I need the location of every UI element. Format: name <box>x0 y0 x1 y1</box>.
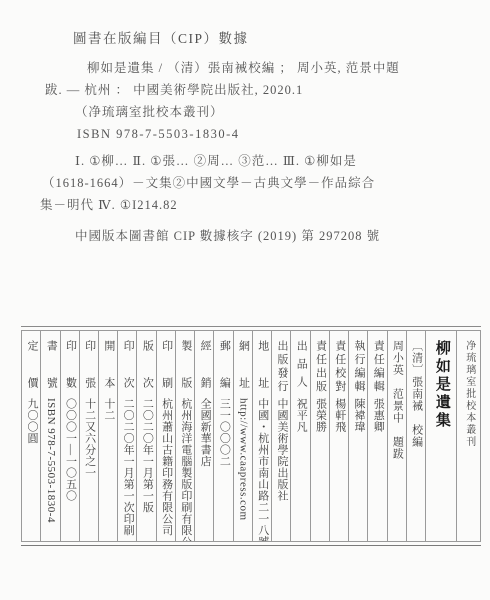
print-run-label: 印數 <box>64 340 76 398</box>
colophon-col-format: 開本十二 <box>98 331 117 541</box>
colophon-col-sheets: 印張十二又六分之一 <box>79 331 98 541</box>
colophon-col-website: 網址http://www.caapress.com <box>233 331 252 541</box>
colophon-col-publisher: 出版發行中國美術學院出版社 <box>271 331 290 541</box>
colophon-col-price: 定價九〇〇圓 <box>21 331 40 541</box>
format-label: 開本 <box>102 340 114 398</box>
impression-label: 印次 <box>122 340 134 398</box>
inscribers-text: 周小英 范景中 題跋 <box>391 340 403 541</box>
colophon-col-printing: 印刷杭州蕭山古籍印務有限公司 <box>156 331 175 541</box>
copyright-page: { "cip": { "header": "圖書在版編目（CIP）數據", "r… <box>0 0 490 600</box>
printing-label: 印刷 <box>160 340 172 398</box>
publisher-value: 中國美術學院出版社 <box>276 398 288 502</box>
edition-value: 二〇二〇年一月第一版 <box>141 398 153 513</box>
colophon-col-edition: 版次二〇二〇年一月第一版 <box>136 331 155 541</box>
cip-isbn: ISBN 978-7-5503-1830-4 <box>40 123 440 145</box>
cip-subject-block: Ⅰ. ①柳… Ⅱ. ①張… ②周… ③范… Ⅲ. ①柳如是 （1618-1664… <box>40 150 450 216</box>
colophon-col-compiler: 〔清〕張南裓 校編 <box>406 331 425 541</box>
price-value: 九〇〇圓 <box>26 398 38 444</box>
colophon-col-title: 柳如是遺集 <box>425 331 456 541</box>
colophon-col-responsible-editor: 責任編輯張惠卿 <box>367 331 386 541</box>
book-number-value: ISBN 978-7-5503-1830-4 <box>45 398 57 523</box>
colophon-col-inscribers: 周小英 范景中 題跋 <box>387 331 406 541</box>
postcode-value: 三一〇〇〇二 <box>218 398 230 467</box>
colophon-col-impression: 印次二〇二〇年一月第一次印刷 <box>117 331 136 541</box>
cip-subject-line: （1618-1664）－文集②中國文學－古典文學－作品綜合 <box>40 172 450 194</box>
sheets-value: 十二又六分之一 <box>84 398 96 479</box>
responsible-editor-value: 張惠卿 <box>372 398 384 433</box>
print-run-value: 〇〇〇一—一〇五〇 <box>64 398 76 502</box>
production-editor-label: 責任出版 <box>314 340 326 398</box>
edition-label: 版次 <box>141 340 153 398</box>
proofreader-value: 楊軒飛 <box>334 398 346 433</box>
cip-record-line: 柳如是遺集 / （清）張南裓校編 ； 周小英, 范景中題 <box>40 57 440 79</box>
responsible-editor-label: 責任編輯 <box>372 340 384 398</box>
colophon-col-print-run: 印數〇〇〇一—一〇五〇 <box>60 331 79 541</box>
book-number-label: 書號 <box>45 340 57 398</box>
colophon-col-address: 地址中國・杭州市南山路二一八號 <box>252 331 271 541</box>
cip-subject-line: Ⅰ. ①柳… Ⅱ. ①張… ②周… ③范… Ⅲ. ①柳如是 <box>40 150 450 172</box>
colophon-col-producer: 出品人祝平凡 <box>290 331 309 541</box>
compiler-text: 〔清〕張南裓 校編 <box>410 340 422 541</box>
cip-record-block: 柳如是遺集 / （清）張南裓校編 ； 周小英, 范景中題 跋. — 杭州 ： 中… <box>40 57 440 145</box>
cip-header: 圖書在版編目（CIP）數據 <box>73 27 249 47</box>
website-label: 網址 <box>237 340 249 398</box>
colophon-col-plate-making: 製版杭州海洋電腦製版印刷有限公司 <box>175 331 194 541</box>
colophon-table: 净琉璃室批校本叢刊 柳如是遺集 〔清〕張南裓 校編 周小英 范景中 題跋 責任編… <box>21 326 481 546</box>
cip-classification: 集－明代 Ⅳ. ①I214.82 <box>40 194 450 216</box>
printing-value: 杭州蕭山古籍印務有限公司 <box>161 398 173 536</box>
colophon-col-postcode: 郵編三一〇〇〇二 <box>213 331 232 541</box>
distribution-label: 經銷 <box>199 340 211 398</box>
colophon-col-proofreader: 責任校對楊軒飛 <box>329 331 348 541</box>
producer-value: 祝平凡 <box>295 398 307 433</box>
producer-label: 出品人 <box>295 340 307 398</box>
sheets-label: 印張 <box>83 340 95 398</box>
website-value: http://www.caapress.com <box>238 398 250 521</box>
executive-editor-label: 執行編輯 <box>352 340 364 398</box>
distribution-value: 全國新華書店 <box>199 398 211 467</box>
colophon-col-production-editor: 責任出版張榮勝 <box>310 331 329 541</box>
postcode-label: 郵編 <box>218 340 230 398</box>
title-text: 柳如是遺集 <box>433 340 449 541</box>
impression-value: 二〇二〇年一月第一次印刷 <box>122 398 134 536</box>
plate-making-value: 杭州海洋電腦製版印刷有限公司 <box>180 398 192 541</box>
format-value: 十二 <box>103 398 115 421</box>
price-label: 定價 <box>25 340 37 398</box>
colophon-col-executive-editor: 執行編輯陳褘瑋 <box>348 331 367 541</box>
executive-editor-value: 陳褘瑋 <box>353 398 365 433</box>
plate-making-label: 製版 <box>179 340 191 398</box>
cip-series-note: （净琉璃室批校本叢刊） <box>40 101 440 123</box>
cip-record-line: 跋. — 杭州 ： 中國美術學院出版社, 2020.1 <box>40 79 440 101</box>
cip-record-number: 中國版本圖書館 CIP 數據核字 (2019) 第 297208 號 <box>75 226 380 244</box>
colophon-col-distribution: 經銷全國新華書店 <box>194 331 213 541</box>
colophon-col-book-number: 書號ISBN 978-7-5503-1830-4 <box>40 331 59 541</box>
production-editor-value: 張榮勝 <box>314 398 326 433</box>
colophon-columns: 净琉璃室批校本叢刊 柳如是遺集 〔清〕張南裓 校編 周小英 范景中 題跋 責任編… <box>21 330 481 542</box>
proofreader-label: 責任校對 <box>333 340 345 398</box>
colophon-col-series: 净琉璃室批校本叢刊 <box>456 331 480 541</box>
address-label: 地址 <box>256 340 268 398</box>
publisher-label: 出版發行 <box>275 340 287 398</box>
series-text: 净琉璃室批校本叢刊 <box>463 340 474 541</box>
address-value: 中國・杭州市南山路二一八號 <box>257 398 269 541</box>
